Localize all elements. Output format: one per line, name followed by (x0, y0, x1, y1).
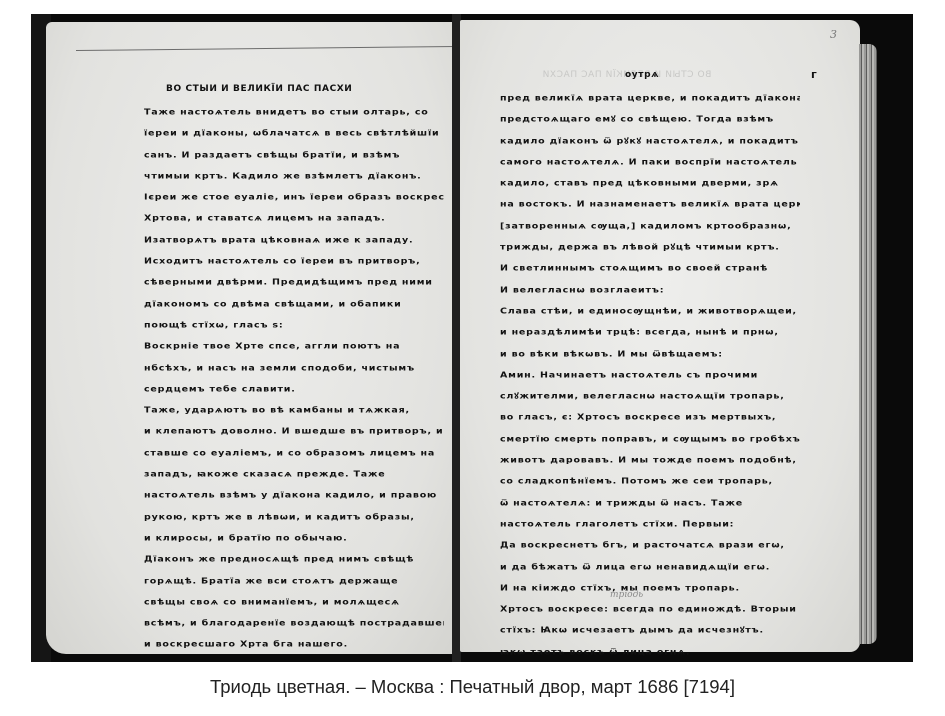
text-line: санъ. И раздаетъ свѣщы братїи, и взѣмъ (144, 146, 444, 164)
text-line: предстоѧщаго емꙋ со свѣщею. Тогда взѣмъ (500, 111, 800, 129)
text-line: Воскрніе твое Хрте спсе, аггли поютъ на (144, 338, 444, 356)
text-line: и нераздѣлимѣи трцѣ: всегда, нынѣ и прнѡ… (500, 324, 800, 342)
text-line: Таже настоѧтель внидетъ во стыи олтарь, … (144, 104, 444, 122)
text-line: Ієреи же стое еуаліе, инъ їереи образъ в… (144, 189, 444, 207)
text-line: сердцемъ тебе славити. (144, 380, 444, 398)
text-line: и во вѣки вѣкѡвъ. И мы ѿвѣщаемъ: (500, 345, 800, 363)
text-line: їереи и дїаконы, ѡблачатсѧ в весь свѣтлѣ… (144, 125, 444, 143)
left-running-head: ВО СТЫИ И ВЕЛИКЇИ ПАС ПАСХИ (166, 84, 352, 94)
text-line: ꙗкѡ таетъ воскъ ѿ лица огнѧ. (500, 643, 800, 661)
text-line: и воскресшаго Хрта бга нашего. (144, 636, 444, 654)
right-running-head: оутрѧ (625, 70, 659, 80)
text-line: самого настоѧтелѧ. И паки воспрїи настоѧ… (500, 153, 800, 171)
text-line: всѣмъ, и благодаренїе воздающѣ пострадав… (144, 615, 444, 633)
text-line: на востокъ. И назнаменаетъ великїѧ врата… (500, 196, 800, 214)
text-line: и клиросы, и братїю по обычаю. (144, 530, 444, 548)
text-line: настоѧтель глаголетъ стїхи. Первыи: (500, 516, 800, 534)
text-line: [затворенныѧ сѹща,] кадиломъ кртообразнѡ… (500, 217, 800, 235)
text-line: сѣверными двѣрми. Предидѣщимъ пред ними (144, 274, 444, 292)
text-line: Да воскреснетъ бгъ, и расточатсѧ врази е… (500, 537, 800, 555)
text-line: Хртова, и ставатсѧ лицемъ на западъ. (144, 210, 444, 228)
text-line: Дїаконъ же предносѧщѣ пред нимъ свѣщѣ (144, 551, 444, 569)
text-line: кадило, ставъ пред цѣковными дверми, зрѧ (500, 175, 800, 193)
folio-number: 3 (830, 28, 837, 41)
text-line: со сладкопѣнїемъ. Потомъ же сеи тропарь, (500, 473, 800, 491)
right-page: 3 ВО СТЫИ И ВЕЛИКЇИ ПАС ПАСХИ оутрѧ г пр… (460, 20, 860, 652)
text-line: По скончанїи же кажденїѧ, приходи настоѧ… (144, 657, 444, 662)
left-page-text: Таже настоѧтель внидетъ во стыи олтарь, … (144, 102, 444, 662)
text-line: И велегласнѡ возглаеитъ: (500, 281, 800, 299)
page-edges (859, 44, 877, 644)
text-line: кадило дїаконъ ѿ рꙋкꙋ настоѧтелѧ, и пока… (500, 132, 800, 150)
page-rule (76, 46, 456, 51)
text-line: горѧщѣ. Братїа же вси стоѧтъ держаще (144, 572, 444, 590)
text-line: животъ даровавъ. И мы тожде поемъ подобн… (500, 452, 800, 470)
image-caption: Триодь цветная. – Москва : Печатный двор… (0, 676, 945, 698)
text-line: и клепаютъ доволно. И вшедше въ притворъ… (144, 423, 444, 441)
text-line: Хртосъ воскресе: всегда по единождѣ. Вто… (500, 601, 800, 619)
text-line: чтимыи кртъ. Кадило же взѣмлетъ дїаконъ. (144, 167, 444, 185)
text-line: пред великїѧ врата церкве, и покадитъ дї… (500, 90, 800, 108)
left-page: ВО СТЫИ И ВЕЛИКЇИ ПАС ПАСХИ Таже настоѧт… (46, 22, 454, 654)
text-line: Изатворѧтъ врата цѣковнаѧ иже к западу. (144, 231, 444, 249)
text-line: нбсѣхъ, и насъ на земли сподоби, чистымъ (144, 359, 444, 377)
text-line: рукою, кртъ же в лѣвѡи, и кадитъ образы, (144, 508, 444, 526)
text-line: слꙋжителми, велегласнѡ настоѧщїи тропарь… (500, 388, 800, 406)
text-line: и да бѣжатъ ѿ лица егѡ ненавидѧщїи егѡ. (500, 558, 800, 576)
text-line: И на кіиждо стїхъ, мы поемъ тропарь. (500, 579, 800, 597)
text-line: Таже, ударѧютъ во вѣ камбаны и тѧжкая, (144, 402, 444, 420)
text-line: ставше со еуаліемъ, и со образомъ лицемъ… (144, 444, 444, 462)
text-line: свѣщы своѧ со вниманїемъ, и молѧщесѧ (144, 593, 444, 611)
text-line: Исходитъ настоѧтель со їереи въ притворъ… (144, 253, 444, 271)
text-line: Амин. Начинаетъ настоѧтель съ прочими (500, 366, 800, 384)
pencil-note: трїодь (610, 590, 643, 600)
text-line: поющѣ стїхѡ, гласъ s: (144, 317, 444, 335)
text-line: западъ, ꙗкоже сказасѧ прежде. Таже (144, 466, 444, 484)
text-line: трижды, держа въ лѣвой рꙋцѣ чтимыи кртъ. (500, 239, 800, 257)
text-line: ѿ настоѧтелѧ: и трижды ѿ насъ. Таже (500, 494, 800, 512)
text-line: стїхъ: Ꙗкѡ исчезаетъ дымъ да исчезнꙋтъ. (500, 622, 800, 640)
text-line: И светлиннымъ стоѧщимъ во своей странѣ (500, 260, 800, 278)
text-line: настоѧтель взѣмъ у дїакона кадило, и пра… (144, 487, 444, 505)
text-line: дїакономъ со двѣма свѣщами, и обапики (144, 295, 444, 313)
book-photograph: ВО СТЫИ И ВЕЛИКЇИ ПАС ПАСХИ Таже настоѧт… (31, 14, 913, 662)
text-line: смертїю смерть поправъ, и сѹщымъ во гроб… (500, 430, 800, 448)
right-page-text: пред великїѧ врата церкве, и покадитъ дї… (500, 88, 800, 662)
text-line: во гласъ, є: Хртосъ воскресе изъ мертвых… (500, 409, 800, 427)
text-line: Слава стѣи, и единосѹщнѣи, и животворѧще… (500, 303, 800, 321)
signature-mark: г (811, 68, 817, 81)
